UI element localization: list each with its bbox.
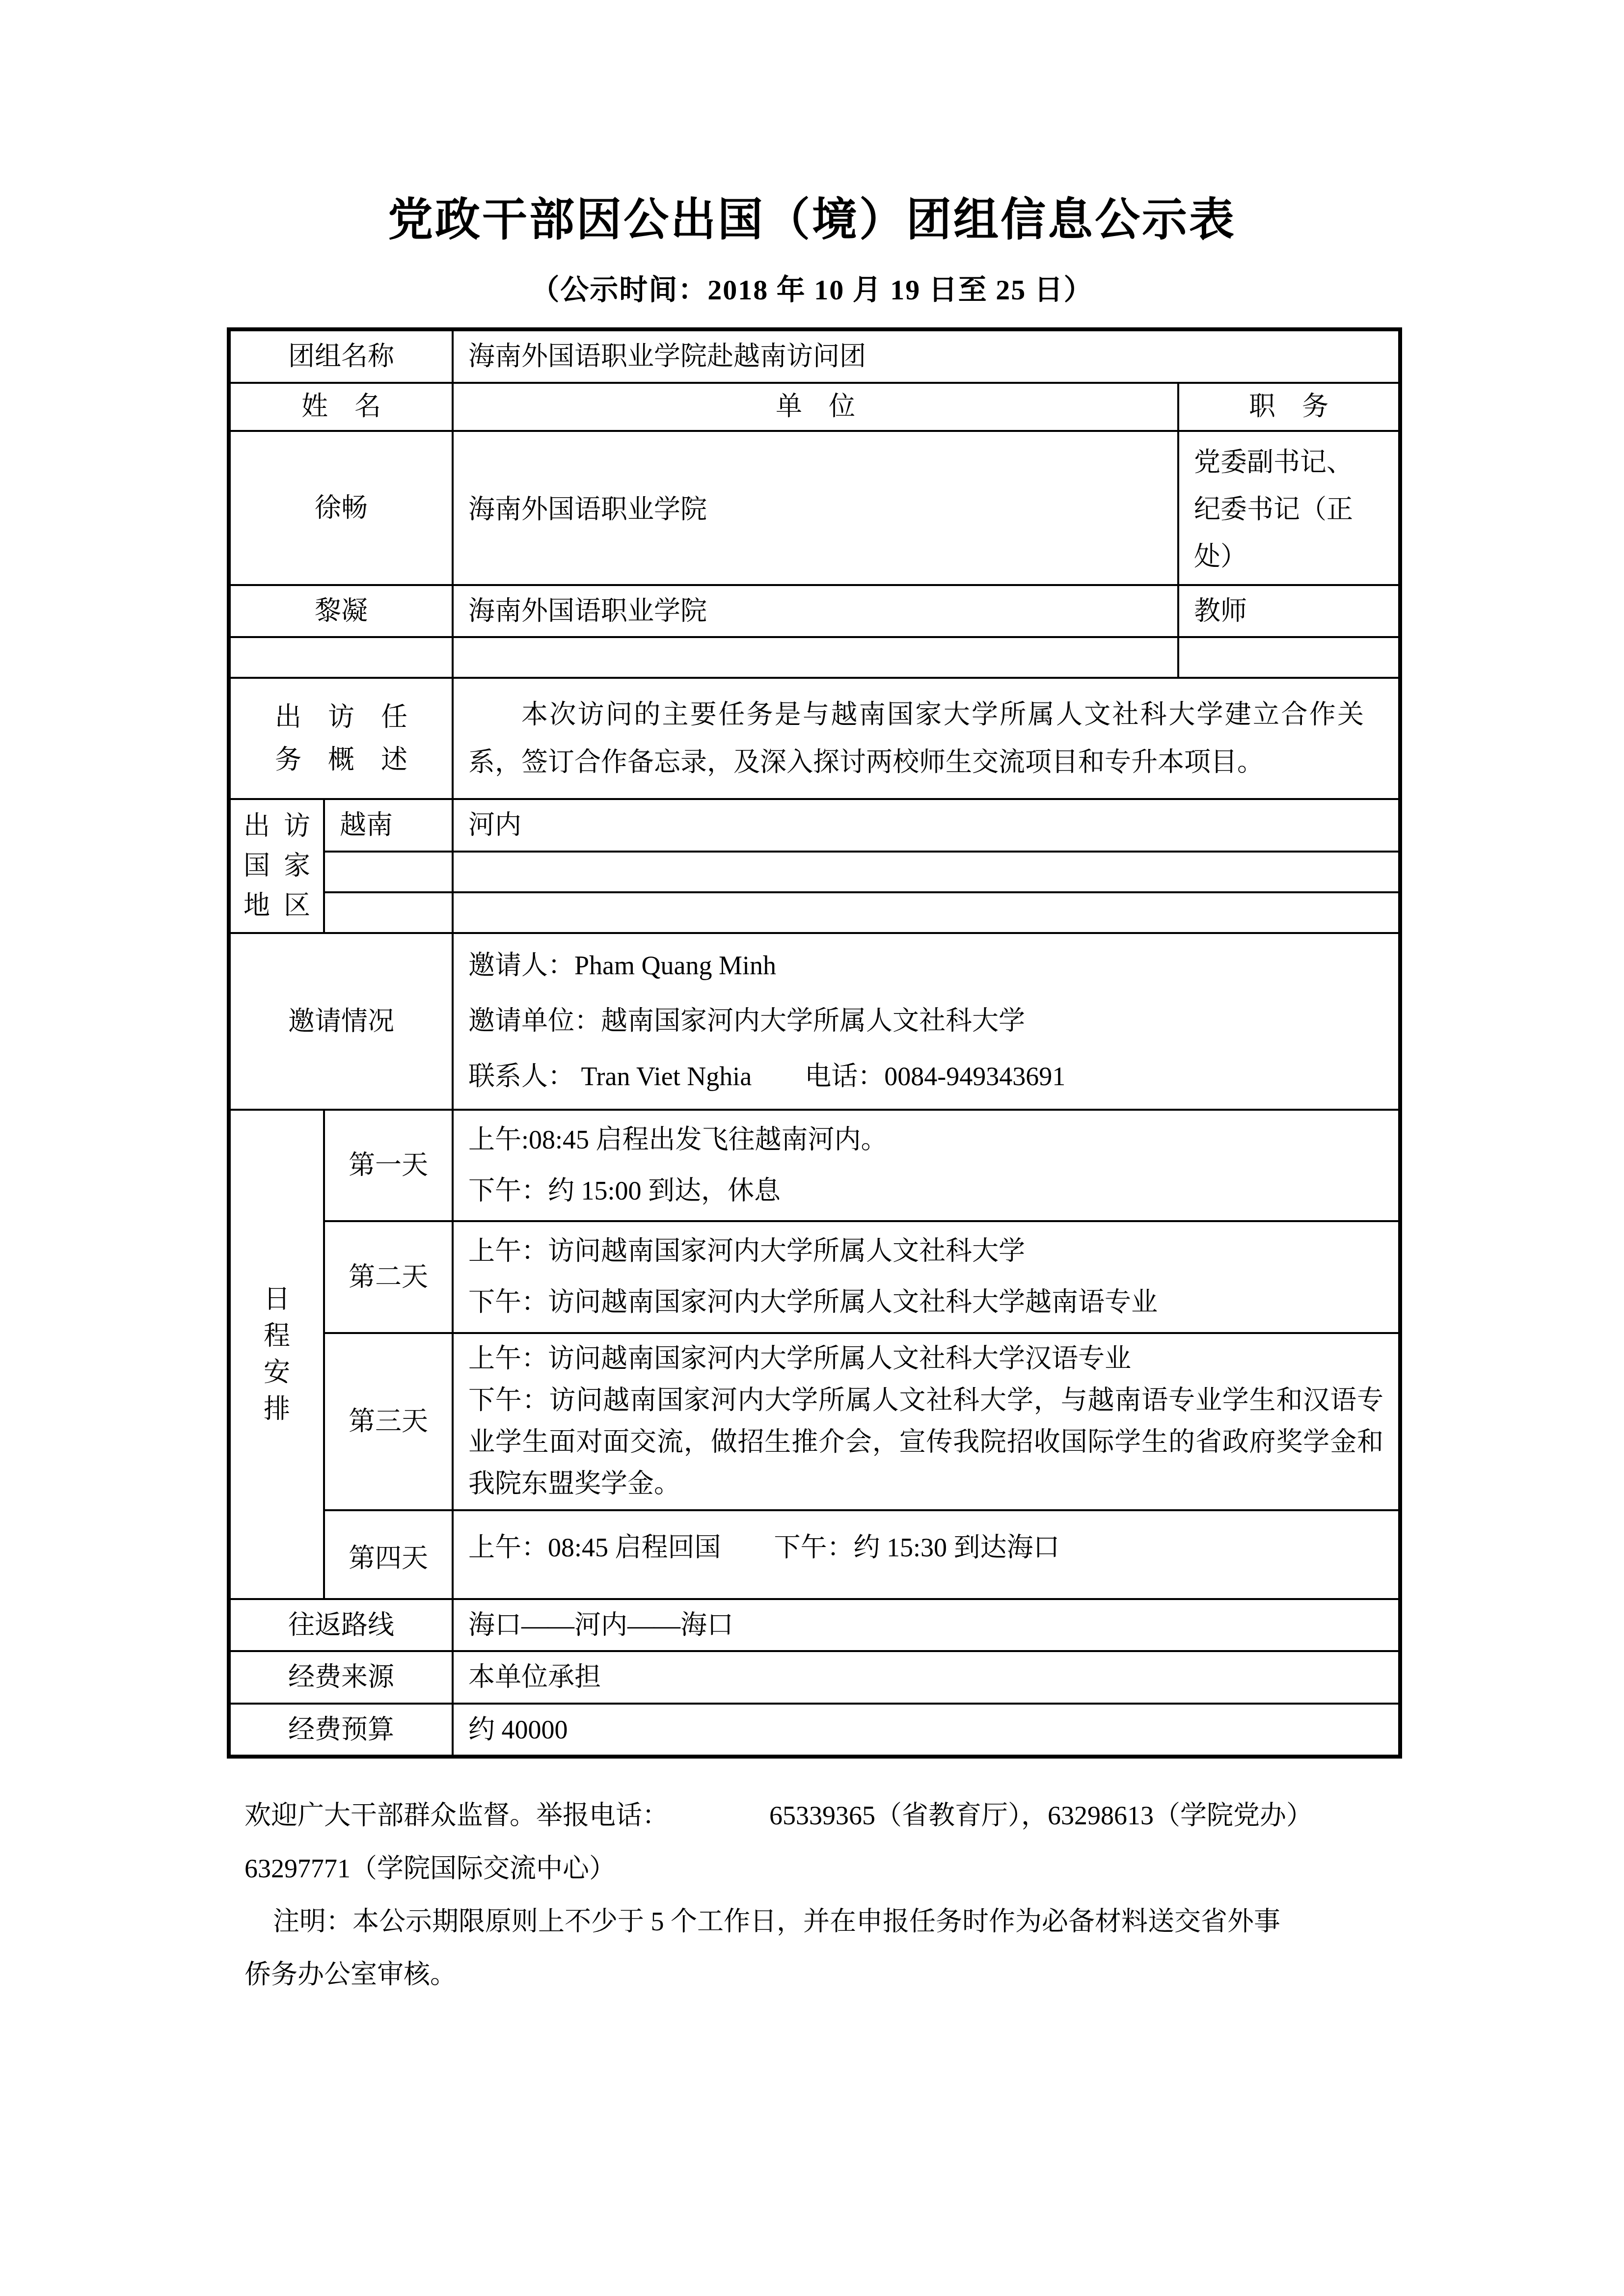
day-line: 上午：访问越南国家河内大学所属人文社科大学 — [468, 1226, 1383, 1277]
day-label: 第二天 — [324, 1221, 453, 1333]
mission-label-line: 务 概 述 — [231, 739, 452, 781]
footer-supervision-text: 欢迎广大干部群众监督。举报电话： — [244, 1801, 669, 1830]
destination-country: 越南 — [324, 799, 453, 851]
member-unit: 海南外国语职业学院 — [453, 585, 1178, 637]
member-name: 黎凝 — [229, 585, 453, 637]
itinerary-label-char: 排 — [264, 1391, 290, 1428]
member-name: 徐畅 — [229, 431, 453, 585]
table-row: 姓 名 单 位 职 务 — [229, 383, 1400, 431]
day-label: 第四天 — [324, 1510, 453, 1599]
page-title: 党政干部因公出国（境）团组信息公示表 — [0, 0, 1624, 245]
footer-phone-line2: 63297771（学院国际交流中心） — [244, 1842, 1433, 1895]
invitation-line: 联系人： Tran Viet Nghia 电话：0084-949343691 — [468, 1049, 1383, 1104]
position-line: 纪委书记（正 — [1194, 486, 1383, 533]
funding-source-value: 本单位承担 — [453, 1651, 1400, 1703]
table-row: 第二天 上午：访问越南国家河内大学所属人文社科大学 下午：访问越南国家河内大学所… — [229, 1221, 1400, 1333]
destination-label-line: 出访 — [231, 806, 324, 846]
table-row: 经费来源 本单位承担 — [229, 1651, 1400, 1703]
group-name-value: 海南外国语职业学院赴越南访问团 — [453, 329, 1400, 382]
mission-label-line: 出 访 任 — [231, 696, 452, 738]
publicity-form-table: 团组名称 海南外国语职业学院赴越南访问团 姓 名 单 位 职 务 徐畅 海南外国… — [227, 327, 1402, 1759]
day-label: 第一天 — [324, 1110, 453, 1221]
destination-country — [324, 852, 453, 892]
table-row: 出访 国家 地区 越南 河内 — [229, 799, 1400, 851]
group-name-label: 团组名称 — [229, 329, 453, 382]
position-line: 处） — [1194, 533, 1383, 580]
destination-label-line: 国家 — [231, 846, 324, 886]
member-unit — [453, 637, 1178, 678]
destination-city — [453, 892, 1400, 933]
mission-value: 本次访问的主要任务是与越南国家大学所属人文社科大学建立合作关系，签订合作备忘录，… — [453, 678, 1400, 799]
day-line: 下午：访问越南国家河内大学所属人文社科大学，与越南语专业学生和汉语专业学生面对面… — [468, 1380, 1383, 1505]
table-row: 第四天 上午：08:45 启程回国 下午：约 15:30 到达海口 — [229, 1510, 1400, 1599]
itinerary-label-char: 安 — [264, 1354, 290, 1391]
budget-value: 约 40000 — [453, 1704, 1400, 1757]
footer-note-line1: 注明：本公示期限原则上不少于 5 个工作日，并在申报任务时作为必备材料送交省外事 — [244, 1895, 1433, 1948]
mission-text: 本次访问的主要任务是与越南国家大学所属人文社科大学建立合作关系，签订合作备忘录，… — [468, 691, 1383, 786]
day-label: 第三天 — [324, 1333, 453, 1510]
day-content: 上午：访问越南国家河内大学所属人文社科大学汉语专业 下午：访问越南国家河内大学所… — [453, 1333, 1400, 1510]
itinerary-label-char: 程 — [264, 1318, 290, 1355]
footer-note-line2: 侨务办公室审核。 — [244, 1948, 1433, 2001]
header-position: 职 务 — [1178, 383, 1400, 431]
route-value: 海口——河内——海口 — [453, 1599, 1400, 1651]
day-line: 下午：约 15:00 到达，休息 — [468, 1166, 1383, 1217]
table-row: 第三天 上午：访问越南国家河内大学所属人文社科大学汉语专业 下午：访问越南国家河… — [229, 1333, 1400, 1510]
day-line: 上午：访问越南国家河内大学所属人文社科大学汉语专业 — [468, 1338, 1383, 1380]
document-page: 党政干部因公出国（境）团组信息公示表 （公示时间：2018 年 10 月 19 … — [0, 0, 1624, 2296]
table-row: 出 访 任 务 概 述 本次访问的主要任务是与越南国家大学所属人文社科大学建立合… — [229, 678, 1400, 799]
table-row — [229, 637, 1400, 678]
table-row: 黎凝 海南外国语职业学院 教师 — [229, 585, 1400, 637]
day-content: 上午:08:45 启程出发飞往越南河内。 下午：约 15:00 到达，休息 — [453, 1110, 1400, 1221]
position-line: 党委副书记、 — [1194, 439, 1383, 486]
page-subtitle: （公示时间：2018 年 10 月 19 日至 25 日） — [0, 267, 1624, 308]
destination-label: 出访 国家 地区 — [229, 799, 324, 933]
invitation-line: 邀请单位：越南国家河内大学所属人文社科大学 — [468, 993, 1383, 1049]
mission-label: 出 访 任 务 概 述 — [229, 678, 453, 799]
footer-supervision-line: 欢迎广大干部群众监督。举报电话：65339365（省教育厅），63298613（… — [244, 1789, 1433, 1842]
destination-label-line: 地区 — [231, 886, 324, 926]
itinerary-label: 日 程 安 排 — [229, 1110, 324, 1599]
funding-source-label: 经费来源 — [229, 1651, 453, 1703]
footer: 欢迎广大干部群众监督。举报电话：65339365（省教育厅），63298613（… — [244, 1789, 1433, 2001]
table-row: 日 程 安 排 第一天 上午:08:45 启程出发飞往越南河内。 下午：约 15… — [229, 1110, 1400, 1221]
table-row: 邀请情况 邀请人：Pham Quang Minh 邀请单位：越南国家河内大学所属… — [229, 933, 1400, 1110]
header-name: 姓 名 — [229, 383, 453, 431]
itinerary-label-char: 日 — [264, 1281, 290, 1318]
itinerary-label-chars: 日 程 安 排 — [231, 1281, 323, 1427]
table-row: 徐畅 海南外国语职业学院 党委副书记、 纪委书记（正 处） — [229, 431, 1400, 585]
invitation-value: 邀请人：Pham Quang Minh 邀请单位：越南国家河内大学所属人文社科大… — [453, 933, 1400, 1110]
destination-city — [453, 852, 1400, 892]
table-row — [229, 852, 1400, 892]
invitation-label: 邀请情况 — [229, 933, 453, 1110]
day-line: 下午：访问越南国家河内大学所属人文社科大学越南语专业 — [468, 1277, 1383, 1328]
day-content: 上午：访问越南国家河内大学所属人文社科大学 下午：访问越南国家河内大学所属人文社… — [453, 1221, 1400, 1333]
table-row: 经费预算 约 40000 — [229, 1704, 1400, 1757]
budget-label: 经费预算 — [229, 1704, 453, 1757]
member-position: 教师 — [1178, 585, 1400, 637]
day-content: 上午：08:45 启程回国 下午：约 15:30 到达海口 — [453, 1510, 1400, 1599]
header-unit: 单 位 — [453, 383, 1178, 431]
member-position: 党委副书记、 纪委书记（正 处） — [1178, 431, 1400, 585]
table-row: 往返路线 海口——河内——海口 — [229, 1599, 1400, 1651]
member-name — [229, 637, 453, 678]
member-position — [1178, 637, 1400, 678]
table-row — [229, 892, 1400, 933]
table-row: 团组名称 海南外国语职业学院赴越南访问团 — [229, 329, 1400, 382]
invitation-line: 邀请人：Pham Quang Minh — [468, 938, 1383, 993]
footer-phones: 65339365（省教育厅），63298613（学院党办） — [769, 1801, 1313, 1830]
destination-city: 河内 — [453, 799, 1400, 851]
destination-country — [324, 892, 453, 933]
member-unit: 海南外国语职业学院 — [453, 431, 1178, 585]
day-line: 上午:08:45 启程出发飞往越南河内。 — [468, 1115, 1383, 1166]
route-label: 往返路线 — [229, 1599, 453, 1651]
